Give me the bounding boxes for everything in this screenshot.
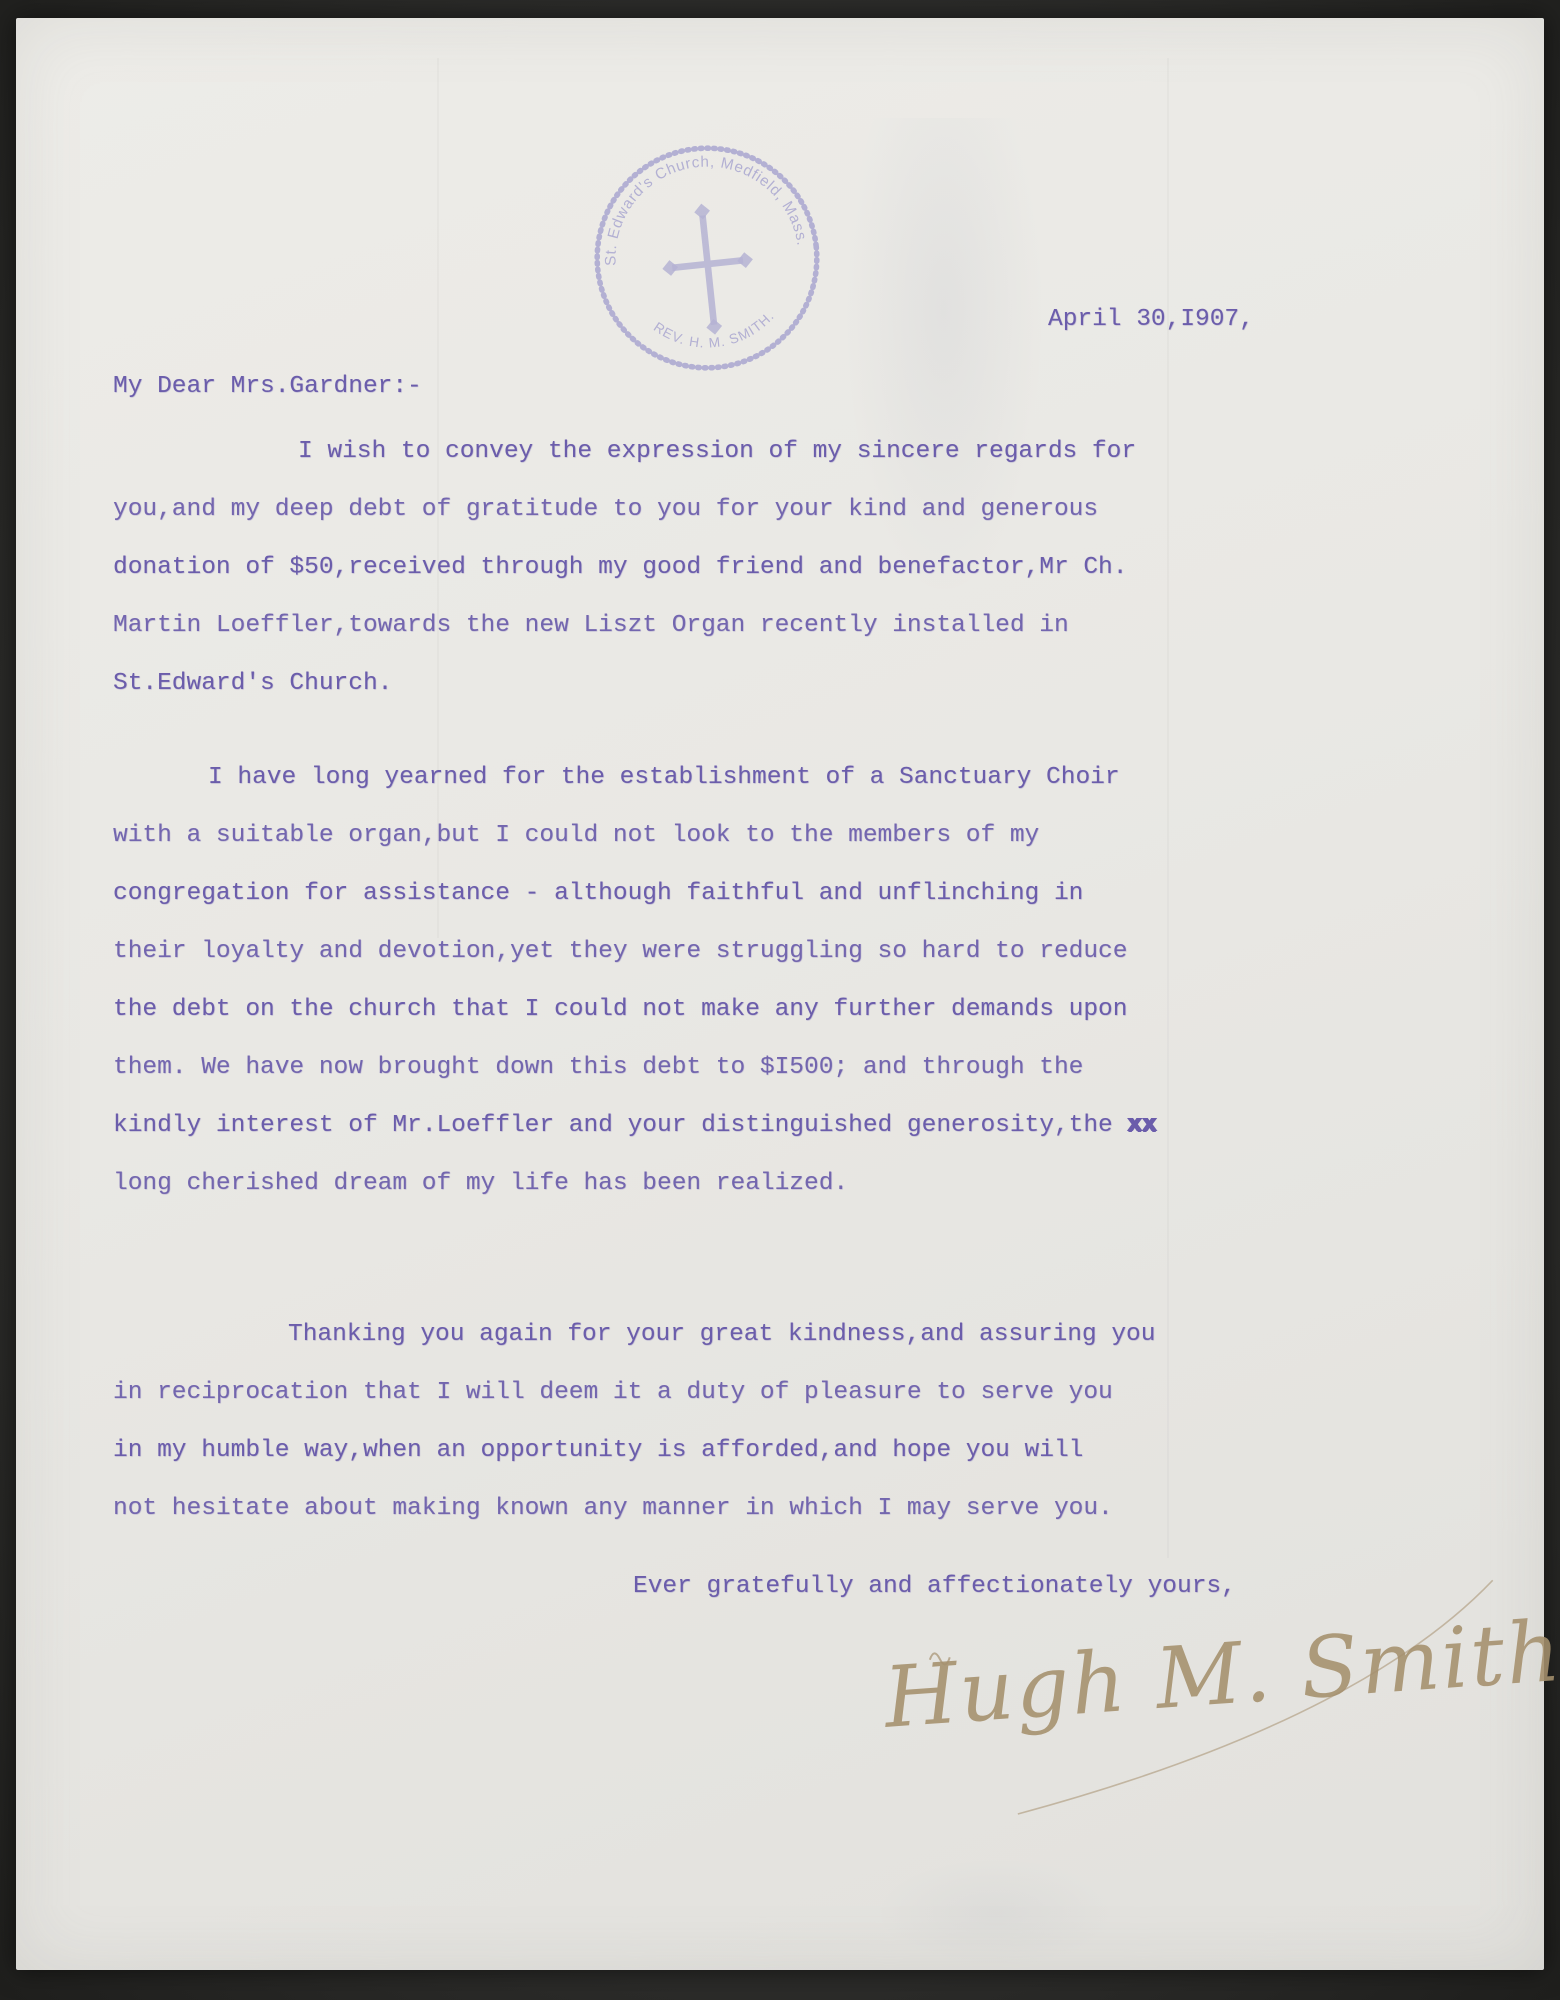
letter-line-text: congregation for assistance - although f… (113, 880, 1083, 907)
letter-line: donation of $50,received through my good… (113, 539, 1353, 597)
letter-line: St.Edward's Church. (113, 655, 1353, 713)
letter-line: Thanking you again for your great kindne… (113, 1306, 1353, 1364)
letter-line: Martin Loeffler,towards the new Liszt Or… (113, 597, 1353, 655)
letter-line: long cherished dream of my life has been… (113, 1155, 1353, 1213)
letter-paper: St. Edward's Church, Medfield, Mass. REV… (16, 18, 1544, 1970)
letter-line: the debt on the church that I could not … (113, 981, 1353, 1039)
letter-line-text: in my humble way,when an opportunity is … (113, 1437, 1083, 1464)
letter-line: in reciprocation that I will deem it a d… (113, 1364, 1353, 1422)
letter-line-text: I wish to convey the expression of my si… (298, 438, 1136, 465)
letter-line-text: you,and my deep debt of gratitude to you… (113, 496, 1098, 523)
letter-line: I have long yearned for the establishmen… (113, 749, 1353, 807)
paragraph-1: I wish to convey the expression of my si… (113, 423, 1353, 713)
letter-line: congregation for assistance - although f… (113, 865, 1353, 923)
letter-line-text: their loyalty and devotion,yet they were… (113, 938, 1127, 965)
paragraph-2: I have long yearned for the establishmen… (113, 749, 1353, 1213)
letter-line: kindly interest of Mr.Loeffler and your … (113, 1097, 1353, 1155)
signature: Hugh M. Smith (838, 1567, 1533, 1854)
photo-backdrop: St. Edward's Church, Medfield, Mass. REV… (0, 0, 1560, 2000)
letter-line-text: Martin Loeffler,towards the new Liszt Or… (113, 612, 1069, 639)
ink-bleed-smudge (876, 1858, 1116, 1968)
letter-line: them. We have now brought down this debt… (113, 1039, 1353, 1097)
letter-line: you,and my deep debt of gratitude to you… (113, 481, 1353, 539)
letter-line-text: kindly interest of Mr.Loeffler and your … (113, 1112, 1127, 1139)
cross-icon (667, 212, 749, 329)
letter-line: with a suitable organ,but I could not lo… (113, 807, 1353, 865)
overstruck-text: xx (1127, 1112, 1156, 1139)
letter-line-text: in reciprocation that I will deem it a d… (113, 1379, 1113, 1406)
church-seal-stamp: St. Edward's Church, Medfield, Mass. REV… (573, 124, 841, 392)
date-line: April 30,I907, (1048, 291, 1254, 349)
letter-line-text: donation of $50,received through my good… (113, 554, 1127, 581)
letter-line: I wish to convey the expression of my si… (113, 423, 1353, 481)
letter-line: in my humble way,when an opportunity is … (113, 1422, 1353, 1480)
letter-line-text: St.Edward's Church. (113, 670, 392, 697)
letter-line-text: Thanking you again for your great kindne… (288, 1321, 1155, 1348)
letter-line: their loyalty and devotion,yet they were… (113, 923, 1353, 981)
letter-line-text: the debt on the church that I could not … (113, 996, 1127, 1023)
letter-line-text: with a suitable organ,but I could not lo… (113, 822, 1039, 849)
letter-line-text: them. We have now brought down this debt… (113, 1054, 1083, 1081)
letter-line: not hesitate about making known any mann… (113, 1480, 1353, 1538)
letter-line-text: I have long yearned for the establishmen… (208, 764, 1120, 791)
letter-line-text: long cherished dream of my life has been… (113, 1170, 848, 1197)
salutation: My Dear Mrs.Gardner:- (113, 358, 422, 416)
paragraph-3: Thanking you again for your great kindne… (113, 1306, 1353, 1538)
letter-line-text: not hesitate about making known any mann… (113, 1495, 1113, 1522)
